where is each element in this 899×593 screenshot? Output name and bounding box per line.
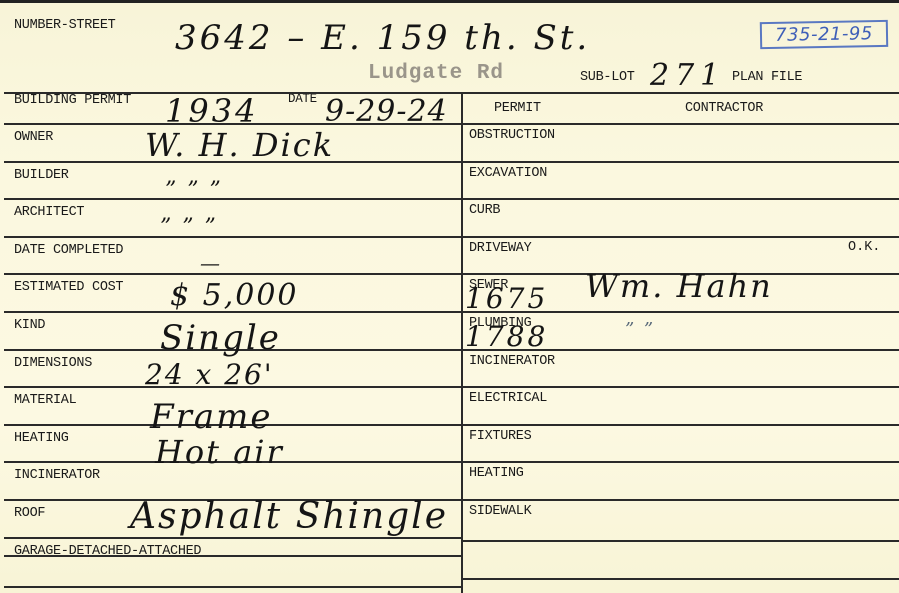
permit-label-obstruction: OBSTRUCTION bbox=[469, 128, 555, 144]
street-address-handwritten: 3642 – E. 159 th. St. bbox=[175, 18, 590, 58]
contractor-column-header: CONTRACTOR bbox=[685, 101, 763, 117]
permit-number-sewer: 1675 bbox=[465, 282, 548, 315]
field-label-material: MATERIAL bbox=[14, 393, 76, 409]
building-permit-label: BUILDING PERMIT bbox=[14, 93, 131, 109]
contractor-sewer: Wm. Hahn bbox=[585, 267, 773, 305]
building-permit-card: NUMBER-STREET 3642 – E. 159 th. St. 735-… bbox=[0, 0, 899, 593]
number-street-label: NUMBER-STREET bbox=[14, 18, 115, 34]
driveway-ok-note: O.K. bbox=[848, 240, 880, 255]
field-value-owner: W. H. Dick bbox=[145, 126, 334, 164]
column-divider bbox=[461, 92, 463, 593]
field-label-roof: ROOF bbox=[14, 506, 45, 522]
field-label-estimated-cost: ESTIMATED COST bbox=[14, 280, 123, 296]
field-label-garage-detached-attached: GARAGE-DETACHED-ATTACHED bbox=[14, 544, 201, 560]
record-number-stamp: 735-21-95 bbox=[760, 20, 888, 49]
permit-label-fixtures: FIXTURES bbox=[469, 429, 531, 445]
field-label-heating: HEATING bbox=[14, 431, 69, 447]
field-label-kind: KIND bbox=[14, 318, 45, 334]
permit-label-driveway: DRIVEWAY bbox=[469, 241, 531, 257]
field-label-owner: OWNER bbox=[14, 130, 53, 146]
field-value-kind: Single bbox=[160, 318, 281, 358]
date-label: DATE bbox=[288, 92, 317, 107]
field-value-heating: Hot air bbox=[155, 433, 284, 471]
permit-label-curb: CURB bbox=[469, 203, 500, 219]
field-label-builder: BUILDER bbox=[14, 168, 69, 184]
field-value-date-completed: — bbox=[200, 251, 222, 275]
field-value-estimated-cost: $ 5,000 bbox=[170, 278, 299, 313]
field-label-date-completed: DATE COMPLETED bbox=[14, 243, 123, 259]
sub-lot-label: SUB-LOT bbox=[580, 70, 635, 86]
permit-label-incinerator: INCINERATOR bbox=[469, 354, 555, 370]
typed-street-name: Ludgate Rd bbox=[368, 62, 504, 85]
permit-column-header: PERMIT bbox=[494, 101, 541, 117]
contractor-plumbing: ” ” bbox=[625, 319, 655, 340]
field-value-builder: ” ” ” bbox=[165, 178, 223, 203]
sub-lot-value: 271 bbox=[650, 58, 725, 93]
field-label-incinerator: INCINERATOR bbox=[14, 468, 100, 484]
permit-label-electrical: ELECTRICAL bbox=[469, 391, 547, 407]
permit-label-excavation: EXCAVATION bbox=[469, 166, 547, 182]
field-value-dimensions: 24 x 26' bbox=[145, 358, 274, 391]
permit-label-sidewalk: SIDEWALK bbox=[469, 504, 531, 520]
field-label-dimensions: DIMENSIONS bbox=[14, 356, 92, 372]
field-value-architect: ” ” ” bbox=[160, 215, 218, 240]
field-value-roof: Asphalt Shingle bbox=[130, 496, 448, 537]
plan-file-label: PLAN FILE bbox=[732, 70, 802, 86]
field-label-architect: ARCHITECT bbox=[14, 205, 84, 221]
permit-number-plumbing: 1788 bbox=[465, 320, 548, 353]
permit-label-heating: HEATING bbox=[469, 466, 524, 482]
field-value-material: Frame bbox=[150, 397, 272, 437]
